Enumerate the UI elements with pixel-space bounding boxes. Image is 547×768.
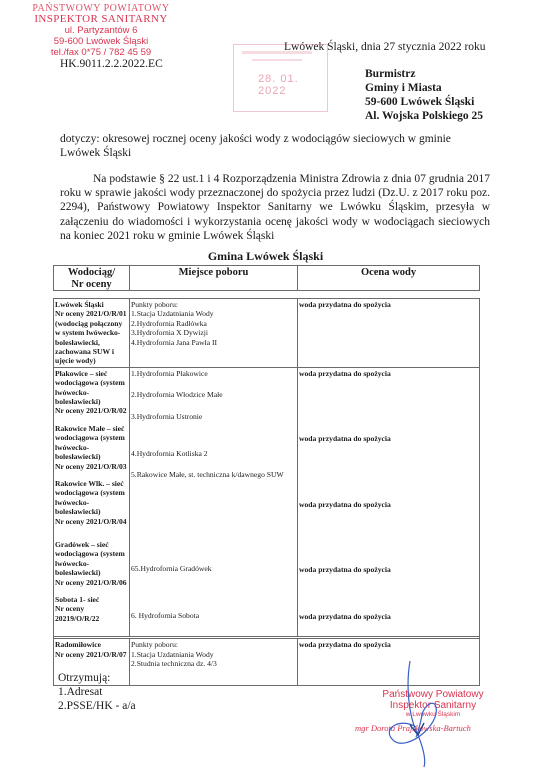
sampling-point: 2.Hydrofornia Włodzice Małe [131, 390, 296, 399]
received-date: 28. 01. 2022 [258, 73, 327, 97]
sampling-point: 65.Hydrofornia Gradówek [131, 564, 296, 573]
wodociag-note: (wodociąg połączony w system lwówecko-bo… [55, 319, 128, 366]
wodociag-name: Rakowice Wlk. – sieć wodociągowa (system… [55, 479, 128, 517]
addressee-line: Al. Wojska Polskiego 25 [365, 109, 483, 123]
water-assessment: woda przydatna do spożycia [299, 434, 478, 443]
reference-number: HK.9011.2.2.2022.EC [60, 58, 163, 70]
ocena-cell: woda przydatna do spożycia [297, 299, 479, 367]
header-miejsce: Miejsce poboru [129, 266, 297, 290]
sampling-point: 1.Stacja Uzdatniania Wody [131, 650, 296, 659]
sampling-point: 5.Rakowice Małe, st. techniczna k/dawneg… [131, 470, 296, 479]
header-text: Wodociąg/ Nr oceny [68, 267, 115, 290]
table-header: Wodociąg/ Nr oceny Miejsce poboru Ocena … [53, 265, 480, 291]
wodociag-entry: Gradówek – sieć wodociągowa (system lwów… [55, 540, 128, 587]
wodociag-name: Radomiłowice [55, 640, 128, 649]
wodociag-name: Płakowice – sieć wodociągowa (system lwó… [55, 369, 128, 407]
header-wodociag: Wodociąg/ Nr oceny [54, 266, 129, 290]
spacer [131, 458, 296, 470]
water-assessment: woda przydatna do spożycia [299, 565, 478, 574]
sampling-point: 3.Hydrofornia X Dywizji [131, 328, 296, 337]
recipients: Otrzymują: 1.Adresat 2.PSSE/HK - a/a [58, 671, 136, 713]
sampling-point: 2.Hydrofornia Radłówka [131, 319, 296, 328]
sampling-point: 4.Hydrofornia Jana Pawła II [131, 338, 296, 347]
sampling-point: 6. Hydrofornia Sobota [131, 611, 296, 620]
recipients-title: Otrzymują: [58, 671, 136, 685]
spacer [299, 378, 478, 434]
assessment-number: Nr oceny 2021/O/R/04 [55, 517, 128, 526]
assessment-table: Lwówek Śląski Nr oceny 2021/O/R/01 (wodo… [53, 298, 480, 686]
sender-stamp-line: INSPEKTOR SANITARNY [26, 14, 176, 25]
addressee: Burmistrz Gminy i Miasta 59-600 Lwówek Ś… [365, 67, 483, 123]
spacer [299, 444, 478, 500]
sender-stamp-line: ul. Partyzantów 6 [26, 25, 176, 36]
wodociag-entry: Rakowice Wlk. – sieć wodociągowa (system… [55, 479, 128, 526]
miejsce-cell: Punkty poboru: 1.Stacja Uzdatniania Wody… [129, 639, 297, 685]
sampling-point: Punkty poboru: [131, 640, 296, 649]
spacer [299, 574, 478, 612]
header-ocena: Ocena wody [297, 266, 479, 290]
wodociag-name: Rakowice Małe – sieć wodociągowa (system… [55, 424, 128, 462]
recipient-item: 2.PSSE/HK - a/a [58, 699, 136, 713]
spacer [131, 421, 296, 449]
sender-stamp-line: 59-600 Lwówek Śląski [26, 36, 176, 47]
sampling-point: 1.Stacja Uzdatniania Wody [131, 309, 296, 318]
assessment-number: Nr oceny 2021/O/R/01 [55, 309, 128, 318]
wodociag-name: Lwówek Śląski [55, 300, 128, 309]
body-text: Na podstawie § 22 ust.1 i 4 Rozporządzen… [60, 173, 490, 242]
table-row-group: Płakowice – sieć wodociągowa (system lwó… [54, 367, 479, 636]
place-and-date: Lwówek Śląski, dnia 27 stycznia 2022 rok… [284, 41, 486, 53]
sender-stamp: PAŃSTWOWY POWIATOWY INSPEKTOR SANITARNY … [26, 3, 176, 58]
subject-line: dotyczy: okresowej rocznej oceny jakości… [60, 132, 490, 160]
table-row: Lwówek Śląski Nr oceny 2021/O/R/01 (wodo… [54, 299, 479, 367]
spacer [131, 378, 296, 390]
wodociag-name: Sobota 1- sieć [55, 595, 128, 604]
sender-stamp-line: tel./fax 0*75 / 782 45 59 [26, 47, 176, 58]
assessment-number: Nr oceny 2021/O/R/03 [55, 462, 128, 471]
sampling-point: 2.Studnia techniczna dz. 4/3 [131, 659, 296, 668]
body-paragraph: Na podstawie § 22 ust.1 i 4 Rozporządzen… [60, 172, 490, 243]
sender-stamp-line: PAŃSTWOWY POWIATOWY [26, 3, 176, 14]
water-assessment: woda przydatna do spożycia [299, 369, 478, 378]
spacer [299, 509, 478, 565]
sampling-point: 3.Hydrofornia Ustronie [131, 412, 296, 421]
handwritten-signature-icon [380, 655, 500, 768]
sampling-point: 1.Hydrofornia Płakowice [131, 369, 296, 378]
addressee-line: 59-600 Lwówek Śląski [365, 95, 483, 109]
spacer [131, 573, 296, 611]
assessment-number: Nr oceny 2021/O/R/06 [55, 578, 128, 587]
spacer [131, 480, 296, 564]
addressee-line: Burmistrz [365, 67, 483, 81]
water-assessment: woda przydatna do spożycia [299, 500, 478, 509]
miejsce-cell: Punkty poboru: 1.Stacja Uzdatniania Wody… [129, 299, 297, 367]
miejsce-cell: 1.Hydrofornia Płakowice 2.Hydrofornia Wł… [129, 368, 297, 636]
assessment-number: Nr oceny 2021/O/R/07 [55, 650, 128, 659]
ocena-cell: woda przydatna do spożycia woda przydatn… [297, 368, 479, 636]
wodociag-cell: Lwówek Śląski Nr oceny 2021/O/R/01 (wodo… [54, 299, 129, 367]
wodociag-entry: Rakowice Małe – sieć wodociągowa (system… [55, 424, 128, 471]
assessment-number: Nr oceny 2021/O/R/02 [55, 406, 128, 415]
wodociag-entry: Sobota 1- sieć Nr oceny 20219/O/R/22 [55, 595, 128, 623]
wodociag-name: Gradówek – sieć wodociągowa (system lwów… [55, 540, 128, 578]
water-assessment: woda przydatna do spożycia [299, 612, 478, 621]
sampling-point: 4.Hydrofornia Kotliska 2 [131, 449, 296, 458]
wodociag-entry: Płakowice – sieć wodociągowa (system lwó… [55, 369, 128, 416]
addressee-line: Gminy i Miasta [365, 81, 483, 95]
received-stamp: 28. 01. 2022 [233, 44, 328, 112]
sampling-point: Punkty poboru: [131, 300, 296, 309]
wodociag-cell: Płakowice – sieć wodociągowa (system lwó… [54, 368, 129, 636]
table-title: Gmina Lwówek Śląski [53, 249, 478, 264]
spacer [131, 400, 296, 412]
stamp-faint-text [252, 59, 302, 61]
recipient-item: 1.Adresat [58, 685, 136, 699]
assessment-number: Nr oceny 20219/O/R/22 [55, 604, 128, 623]
